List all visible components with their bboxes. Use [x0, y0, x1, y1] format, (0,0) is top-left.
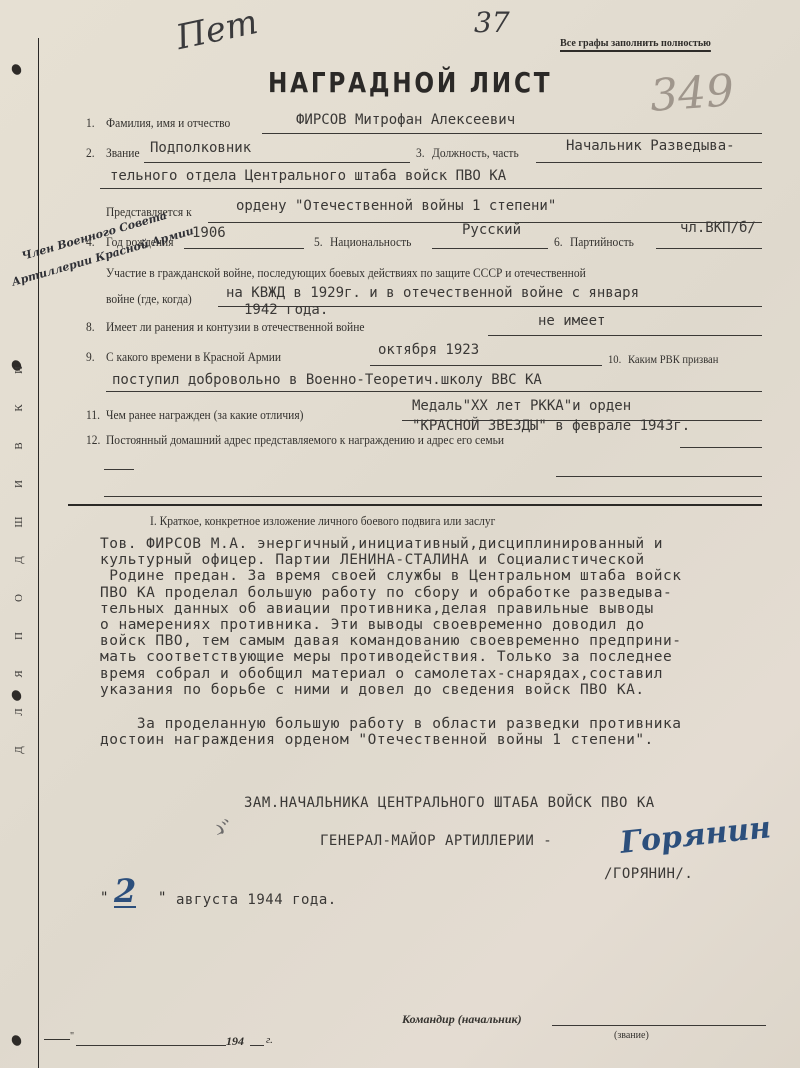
- margin-letter: Д: [13, 553, 25, 567]
- signatory-name: /ГОРЯНИН/.: [604, 866, 693, 882]
- punch-hole: [10, 62, 23, 76]
- rank-caption: (звание): [614, 1030, 649, 1041]
- fill-instruction-note: Все графы заполнить полностью: [560, 37, 711, 52]
- field-2-label: Звание: [106, 146, 140, 161]
- date-close-quote: ": [158, 890, 167, 906]
- handwritten-top-mark: Пет: [173, 2, 262, 58]
- field-5-number: 5.: [314, 235, 323, 250]
- margin-letter: К: [13, 401, 25, 415]
- field-6-number: 6.: [554, 235, 563, 250]
- field-9-label: С какого времени в Красной Армии: [106, 350, 281, 365]
- margin-letter: И: [13, 363, 25, 377]
- year-suffix: г.: [266, 1034, 273, 1046]
- field-8-label: Имеет ли ранения и контузии в отечествен…: [106, 320, 364, 335]
- field-7-label: Участие в гражданской войне, последующих…: [106, 266, 586, 281]
- commander-label: Командир (начальник): [402, 1012, 522, 1027]
- field-6-party: чл.ВКП/б/: [680, 220, 756, 236]
- field-8-number: 8.: [86, 320, 95, 335]
- field-11-label: Чем ранее награжден (за какие отличия): [106, 408, 303, 423]
- field-5-nationality: Русский: [462, 222, 521, 238]
- date-month-year: августа 1944 года.: [176, 892, 337, 908]
- margin-letter: О: [13, 591, 25, 605]
- signatory-rank: ГЕНЕРАЛ-МАЙОР АРТИЛЛЕРИИ -: [320, 833, 552, 849]
- field-11-previous-awards-continued: "КРАСНОЙ ЗВЕЗДЫ" в феврале 1943г.: [412, 418, 690, 434]
- field-4-birth-year: 1906: [192, 225, 226, 241]
- margin-letter: Л: [13, 705, 25, 719]
- field-3-label: Должность, часть: [432, 146, 519, 161]
- field-9-service-start: октября 1923: [378, 342, 479, 358]
- field-2-number: 2.: [86, 146, 95, 161]
- binding-margin-rule: [38, 38, 39, 1068]
- year-template: 194: [226, 1034, 244, 1049]
- field-9-number: 9.: [86, 350, 95, 365]
- field-1-full-name: ФИРСОВ Митрофан Алексеевич: [296, 112, 515, 128]
- date-day-blank: [44, 1039, 70, 1040]
- merit-description: Тов. ФИРСОВ М.А. энергичный,инициативный…: [100, 536, 681, 698]
- field-11-previous-awards: Медаль"XX лет РККА"и орден: [412, 398, 631, 414]
- nominated-award: ордену "Отечественной войны 1 степени": [236, 198, 556, 214]
- section-1-heading: I. Краткое, конкретное изложение личного…: [150, 514, 495, 529]
- signatory-position: ЗАМ.НАЧАЛЬНИКА ЦЕНТРАЛЬНОГО ШТАБА ВОЙСК …: [244, 795, 655, 811]
- margin-letter: Я: [13, 667, 25, 681]
- margin-letter: В: [13, 439, 25, 453]
- margin-letter: Д: [13, 743, 25, 757]
- date-day-handwritten: 2: [114, 876, 136, 908]
- handwritten-page-number: 37: [474, 6, 510, 39]
- field-5-label: Национальность: [330, 235, 411, 250]
- field-3-position-continued: тельного отдела Центрального штаба войск…: [110, 168, 506, 184]
- handwritten-check-mark: ゞ: [201, 808, 233, 849]
- field-1-label: Фамилия, имя и отчество: [106, 116, 230, 131]
- section-divider: [68, 504, 762, 506]
- margin-letter: П: [13, 629, 25, 643]
- document-title: НАГРАДНОЙ ЛИСТ: [268, 66, 552, 99]
- punch-hole: [10, 688, 23, 702]
- field-3-number: 3.: [416, 146, 425, 161]
- field-12-label: Постоянный домашний адрес представляемог…: [106, 433, 504, 448]
- field-2-rank: Подполковник: [150, 140, 251, 156]
- field-10-label: Каким РВК призван: [628, 354, 718, 366]
- punch-hole: [10, 1033, 23, 1047]
- date-open-quote: ": [100, 890, 109, 906]
- field-10-number: 10.: [608, 354, 621, 366]
- margin-letter: И: [13, 477, 25, 491]
- field-11-number: 11.: [86, 408, 100, 423]
- field-7-combat-history: на КВЖД в 1929г. и в отечественной войне…: [226, 285, 639, 301]
- date-blank-quote: ": [70, 1031, 74, 1042]
- field-10-conscription: поступил добровольно в Военно-Теоретич.ш…: [112, 372, 542, 388]
- field-6-label: Партийность: [570, 235, 634, 250]
- margin-letter: Ш: [13, 515, 25, 529]
- field-3-position: Начальник Разведыва-: [566, 138, 735, 154]
- handwritten-record-number: 349: [648, 65, 735, 122]
- handwritten-signature: Горянин: [619, 810, 773, 861]
- field-7-label-continued: войне (где, когда): [106, 292, 192, 307]
- field-12-number: 12.: [86, 433, 100, 448]
- field-8-wounds: не имеет: [538, 313, 605, 329]
- award-recommendation: За проделанную большую работу в области …: [100, 716, 681, 748]
- field-7-combat-history-continued: 1942 года.: [244, 302, 328, 318]
- field-1-number: 1.: [86, 116, 95, 131]
